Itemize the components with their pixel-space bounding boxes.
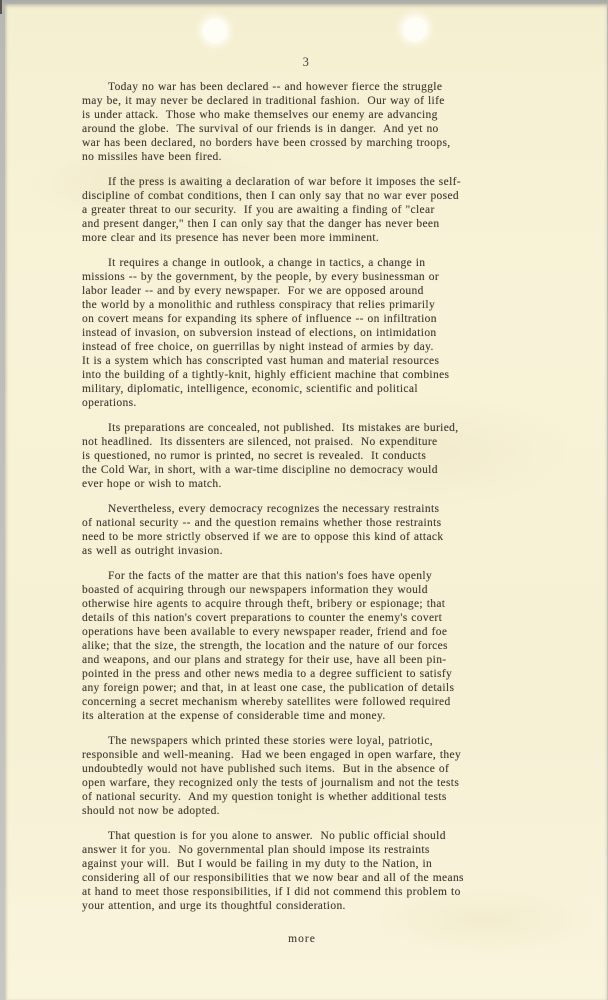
paragraph-3: It requires a change in outlook, a chang… (82, 256, 548, 410)
scan-corner-mark (0, 0, 2, 14)
punch-hole-right (403, 17, 427, 41)
paragraph-2: If the press is awaiting a declaration o… (82, 175, 548, 245)
paragraph-4: Its preparations are concealed, not publ… (82, 421, 548, 491)
paragraph-5: Nevertheless, every democracy recognizes… (82, 502, 548, 558)
punch-hole-left (203, 19, 227, 43)
paragraph-8: That question is for you alone to answer… (82, 829, 548, 913)
document-body: Today no war has been declared -- and ho… (82, 80, 548, 913)
paragraph-6: For the facts of the matter are that thi… (82, 569, 548, 723)
paragraph-7: The newspapers which printed these stori… (82, 734, 548, 818)
document-page: 3 Today no war has been declared -- and … (5, 4, 607, 1000)
paragraph-1: Today no war has been declared -- and ho… (82, 80, 548, 164)
page-number: 3 (5, 55, 607, 70)
continuation-marker: more (82, 933, 522, 945)
